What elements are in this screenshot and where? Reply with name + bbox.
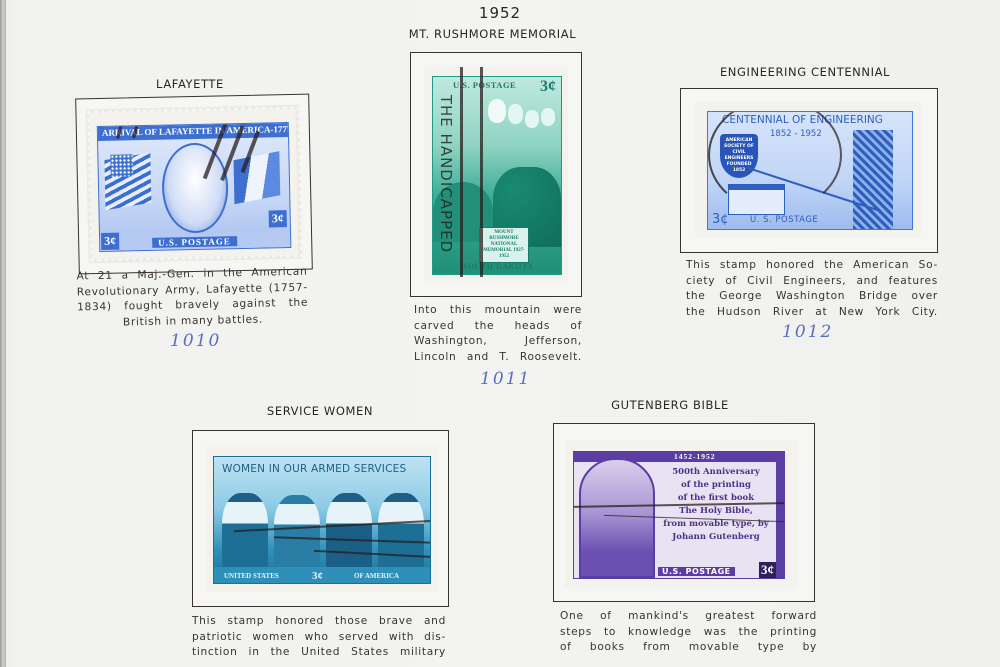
stamp-service-women[interactable]: WOMEN IN OUR ARMED SERVICES UNITED STATE… <box>206 445 438 592</box>
stamp-design: ARRIVAL OF LAFAYETTE IN AMERICA-1777 3¢ … <box>97 122 292 252</box>
french-flag <box>234 151 281 204</box>
stamp-mount-mt-rushmore: U.S. POSTAGE 3¢ MOUNT RUSHMORE NATIONAL … <box>410 52 582 297</box>
stamp-caption-engineering: This stamp honored the American So- ciet… <box>686 258 938 320</box>
stamp-title-engineering: ENGINEERING CENTENNIAL <box>700 65 910 79</box>
stamp-design: 1452-1952 500th Anniversary of the print… <box>573 451 785 579</box>
stamp-mt-rushmore[interactable]: U.S. POSTAGE 3¢ MOUNT RUSHMORE NATIONAL … <box>424 67 568 283</box>
catalog-number-lafayette: 1010 <box>170 331 221 351</box>
stamp-title-service-women: SERVICE WOMEN <box>240 404 400 418</box>
stamp-mount-lafayette: ARRIVAL OF LAFAYETTE IN AMERICA-1777 3¢ … <box>75 94 313 275</box>
catalog-number-engineering: 1012 <box>782 322 833 342</box>
figure <box>326 493 372 569</box>
page-year: 1952 <box>470 4 530 22</box>
stamp-mount-service-women: WOMEN IN OUR ARMED SERVICES UNITED STATE… <box>192 430 449 607</box>
stamp-engineering[interactable]: CENTENNIAL OF ENGINEERING 1852 - 1952 AM… <box>695 102 921 238</box>
stamp-caption-gutenberg: One of mankind's greatest forward steps … <box>560 609 817 656</box>
stamp-caption-lafayette: At 21 a Maj.-Gen. in the American Revolu… <box>76 265 308 332</box>
stamp-design: WOMEN IN OUR ARMED SERVICES UNITED STATE… <box>213 456 431 584</box>
cancel-mark <box>480 67 483 277</box>
portrait-oval <box>161 142 229 233</box>
binder-edge <box>0 0 6 667</box>
cancel-slogan: THE HANDICAPPED <box>437 88 455 260</box>
figure <box>274 495 320 569</box>
stamp-title-gutenberg: GUTENBERG BIBLE <box>600 398 740 412</box>
stamp-mount-gutenberg: 1452-1952 500th Anniversary of the print… <box>553 423 815 602</box>
bridge-tower <box>853 130 893 229</box>
cancel-mark <box>460 67 463 277</box>
catalog-number-mt-rushmore: 1011 <box>480 369 531 389</box>
stamp-mount-engineering: CENTENNIAL OF ENGINEERING 1852 - 1952 AM… <box>680 88 938 253</box>
stamp-design: CENTENNIAL OF ENGINEERING 1852 - 1952 AM… <box>707 111 913 230</box>
figure <box>378 493 424 569</box>
face <box>525 110 539 128</box>
stamp-title-lafayette: LAFAYETTE <box>120 77 260 91</box>
stamp-title-mt-rushmore: MT. RUSHMORE MEMORIAL <box>395 27 590 41</box>
face <box>508 104 523 124</box>
face <box>541 108 555 126</box>
stamp-caption-service-women: This stamp honored those brave and patri… <box>192 614 446 661</box>
stamp-lafayette[interactable]: ARRIVAL OF LAFAYETTE IN AMERICA-1777 3¢ … <box>89 109 298 259</box>
face <box>488 99 506 123</box>
printing-scene <box>579 458 655 578</box>
stamp-caption-mt-rushmore: Into this mountain were carved the heads… <box>414 303 582 365</box>
stamp-gutenberg[interactable]: 1452-1952 500th Anniversary of the print… <box>565 440 798 588</box>
